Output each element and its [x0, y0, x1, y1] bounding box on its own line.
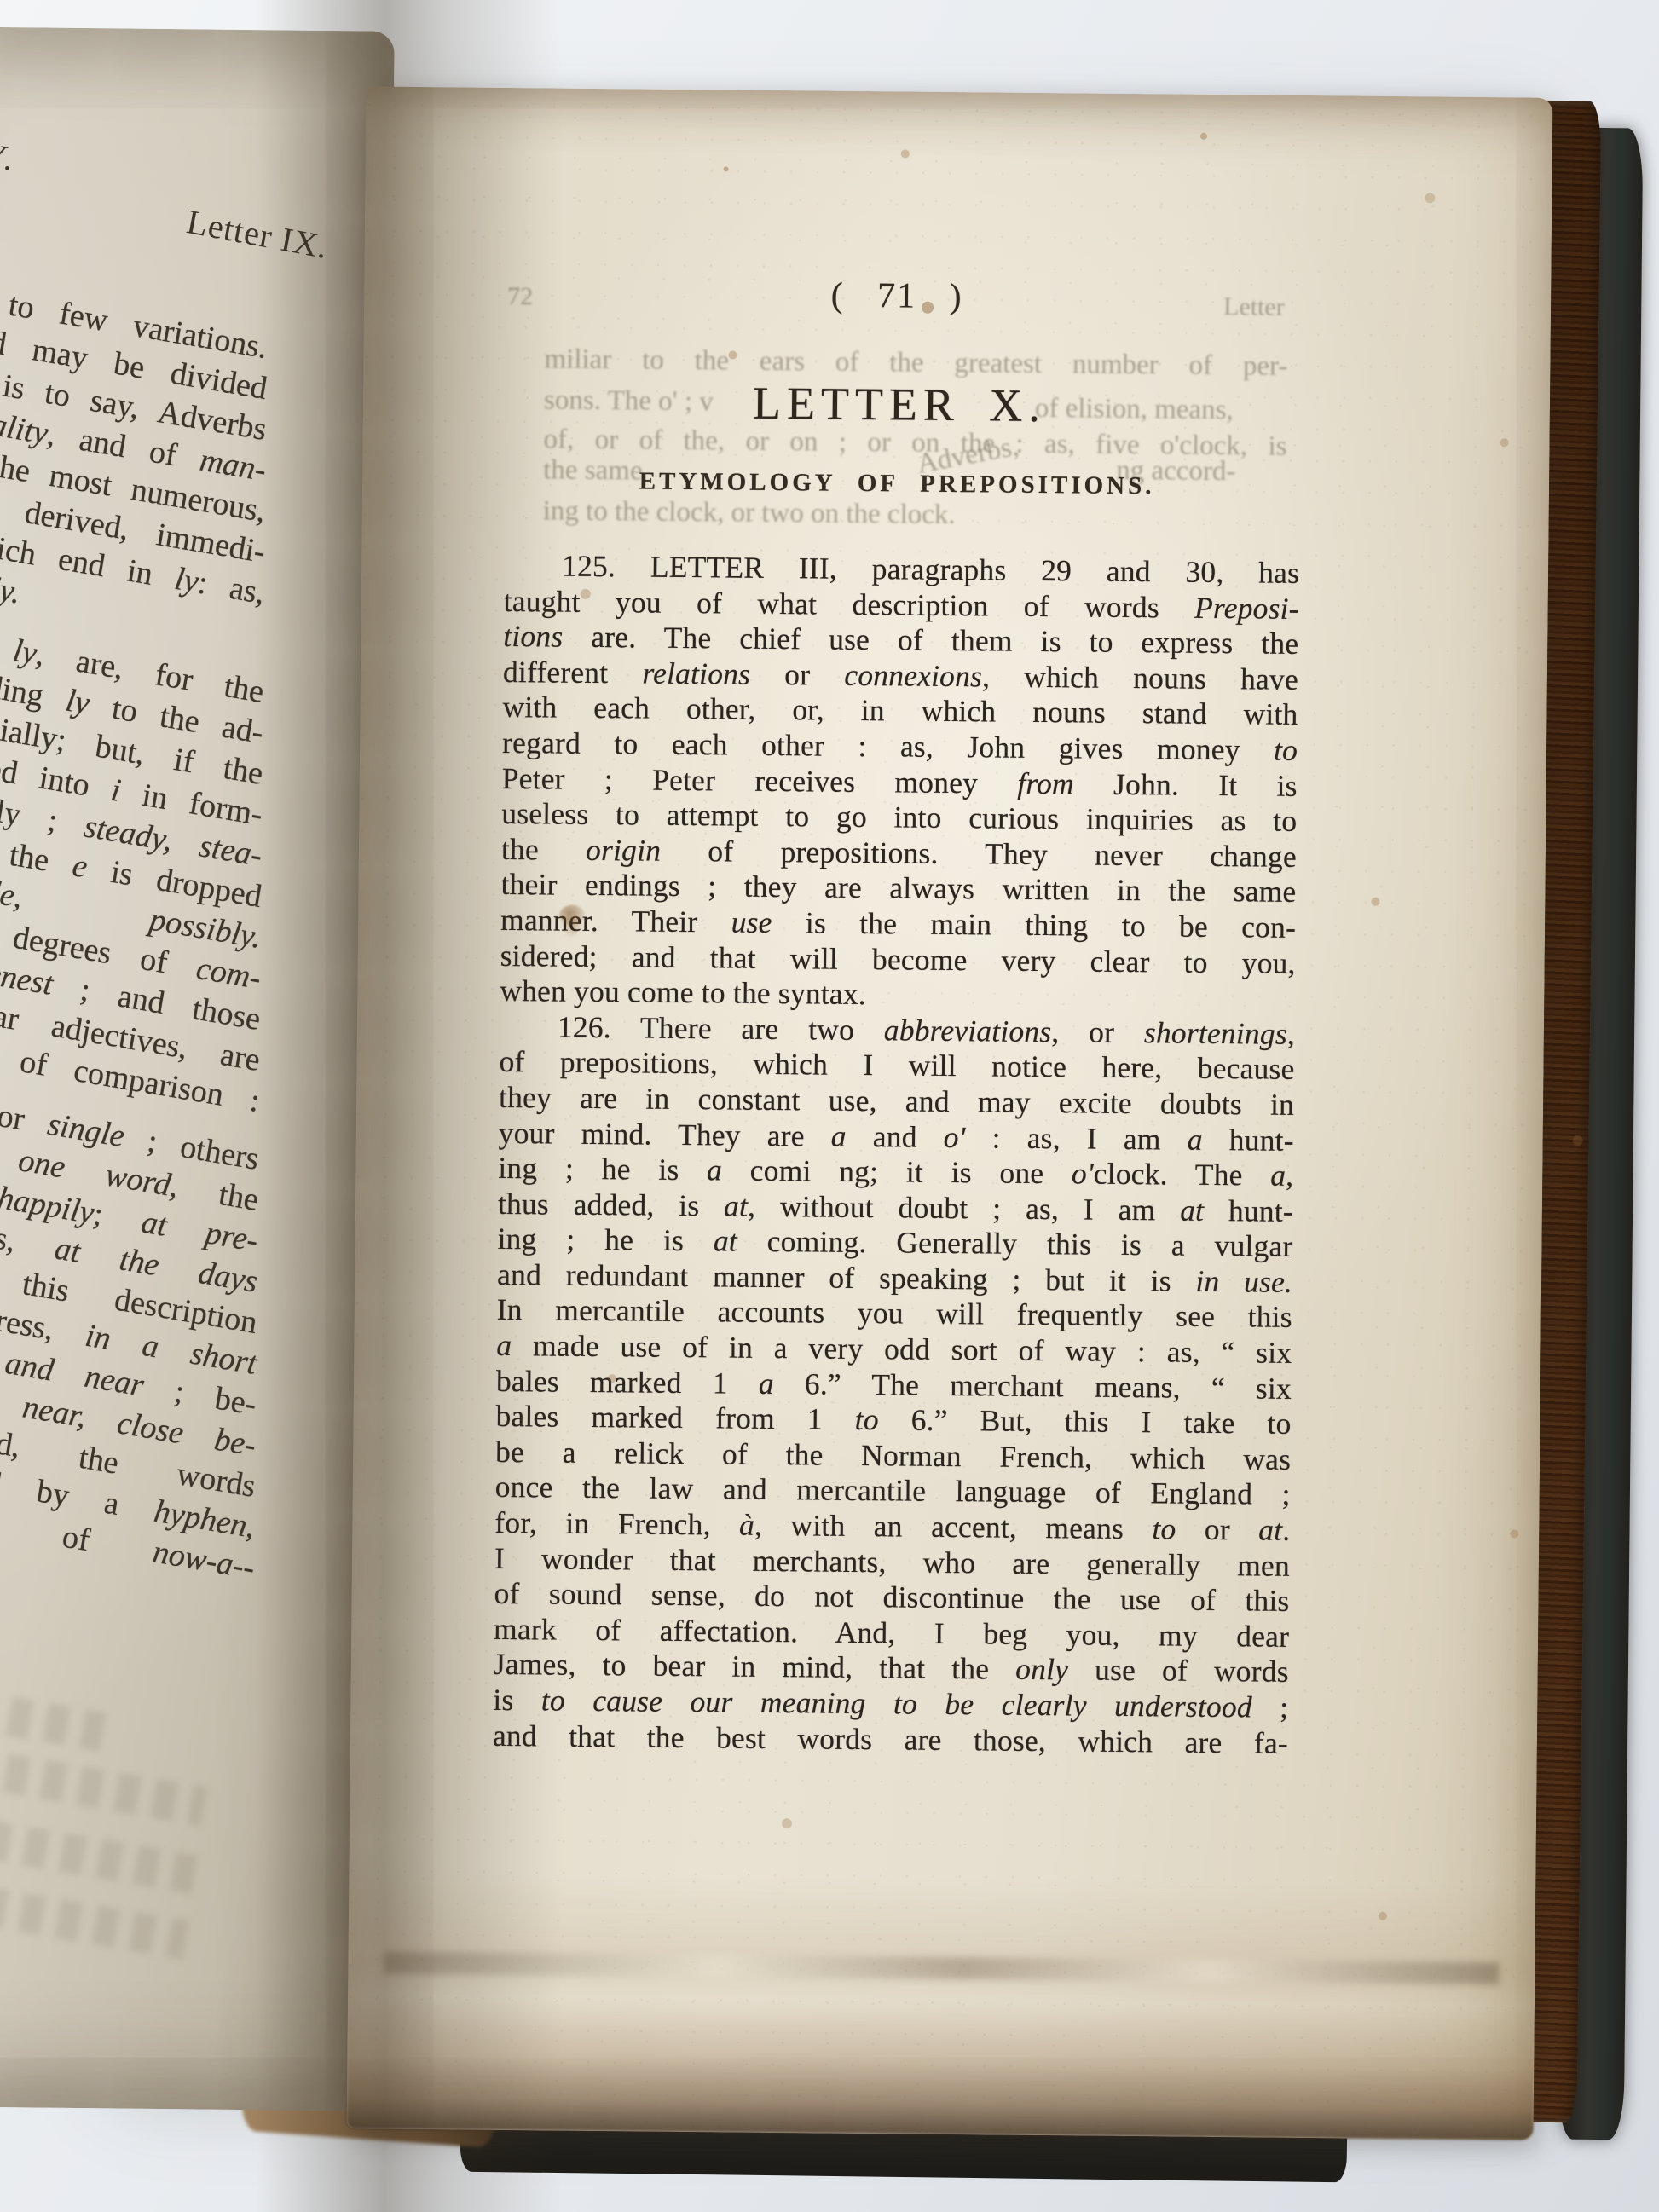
text-segment: different	[503, 655, 643, 690]
text-segment: and redundant manner of speaking ; but i…	[497, 1257, 1196, 1298]
body-text: 125. LETTER III, paragraphs 29 and 30, h…	[493, 548, 1300, 1761]
text-segment: when you come to the syntax.	[500, 973, 866, 1011]
text-segment: to cause our meaning to be clearly under…	[541, 1683, 1252, 1724]
text-segment: taught you of what description of words	[504, 584, 1195, 625]
text-segment: or	[1176, 1512, 1258, 1547]
text-segment: the	[501, 832, 587, 867]
right-page: 72Lettermiliar to the ears of the greate…	[347, 86, 1553, 2140]
text-segment: 125. LETTER III, paragraphs 29 and 30, h…	[562, 549, 1299, 590]
text-segment: to	[855, 1402, 879, 1436]
text-segment: e, or	[0, 1090, 51, 1141]
text-segment: a	[496, 1328, 512, 1362]
left-page: GY. Letter IX. le to few variations.and …	[0, 26, 395, 2111]
text-segment: ing ; he is	[498, 1151, 707, 1187]
ink-blot-stain	[559, 905, 585, 926]
text-segment: manner. Their	[500, 903, 731, 939]
text-segment: In mercantile accounts you will frequent…	[497, 1292, 1292, 1334]
text-segment: shortenings	[1144, 1015, 1287, 1051]
text-segment: tions	[503, 619, 563, 654]
text-segment: connexions	[844, 658, 982, 694]
foxing-spots	[724, 166, 729, 171]
text-segment: use of words	[1068, 1653, 1289, 1689]
text-segment: .	[1282, 1513, 1290, 1547]
text-segment: is	[493, 1683, 541, 1718]
text-segment: I wonder that merchants, who are general…	[494, 1541, 1290, 1583]
text-segment: 6.” The merchant means, “ six	[774, 1366, 1292, 1406]
text-segment: hunt-	[1204, 1193, 1293, 1228]
text-segment: a	[1270, 1158, 1286, 1193]
text-segment: thus added, is	[498, 1187, 725, 1223]
text-segment: o'	[1072, 1156, 1094, 1190]
text-segment: at	[714, 1224, 737, 1258]
text-segment: to	[1274, 733, 1298, 767]
text-segment: and that the best words are those, which…	[493, 1718, 1288, 1759]
text-segment: ,	[1286, 1158, 1293, 1193]
text-segment: made use of in a very odd sort of way : …	[512, 1328, 1292, 1370]
text-segment: are. The chief use of them is to express…	[563, 620, 1298, 661]
text-segment: : as, I am	[965, 1120, 1188, 1156]
text-segment: fully.	[0, 565, 23, 611]
text-segment: origin	[586, 833, 661, 868]
text-segment: is the main thing to be con-	[772, 905, 1296, 944]
text-segment: ing ; he is	[497, 1222, 714, 1257]
text-segment: o'	[944, 1119, 966, 1153]
text-segment: bales marked from 1	[495, 1399, 855, 1436]
text-segment: James, to bear in mind, that the	[494, 1647, 1016, 1686]
text-segment: 6.” But, this I take to	[879, 1402, 1292, 1441]
text-segment: , or	[1051, 1014, 1144, 1049]
text-segment: or	[750, 657, 845, 692]
left-ghost-smudge	[0, 1684, 106, 1752]
text-segment: clock. The	[1094, 1157, 1271, 1193]
text-segment: à	[739, 1508, 754, 1542]
text-segment: comi ng; it is one	[722, 1153, 1072, 1191]
text-segment: bales marked 1	[496, 1364, 759, 1401]
text-segment: , without doubt ; as, I am	[748, 1188, 1180, 1227]
ghost-text-line: ing to the clock, or two on the clock.	[543, 495, 956, 531]
text-segment: mark of affectation. And, I beg you, my …	[494, 1612, 1289, 1654]
text-segment: , with an accent, means	[754, 1508, 1153, 1545]
chapter-heading: LETTER X.	[363, 373, 1436, 436]
left-page-text: le to few variations.and may be divideda…	[0, 275, 278, 1540]
left-letter-heading: Letter IX.	[184, 201, 332, 267]
text-segment: coming. Generally this is a vulgar	[737, 1224, 1293, 1263]
text-segment: at	[1180, 1193, 1204, 1227]
text-segment: relations	[642, 656, 750, 690]
text-segment: Peter ; Peter receives money	[502, 761, 1018, 800]
text-segment: a	[831, 1118, 847, 1152]
text-segment: at	[724, 1188, 748, 1222]
text-segment: abbreviations	[884, 1013, 1052, 1048]
text-segment: hunt-	[1203, 1122, 1294, 1157]
text-segment: , which nouns have	[982, 659, 1298, 696]
text-segment: of prepositions. They never change	[661, 833, 1297, 873]
text-segment: they are in constant use, and may excite…	[499, 1080, 1294, 1122]
text-segment: your mind. They are	[499, 1115, 831, 1152]
left-ghost-smudge	[0, 1747, 207, 1826]
text-segment: with each other, or, in which nouns stan…	[502, 690, 1298, 731]
text-segment: John. It is	[1074, 766, 1298, 803]
book-photo: GY. Letter IX. le to few variations.and …	[0, 0, 1659, 2212]
text-segment: a	[1188, 1122, 1203, 1156]
text-segment: once the law and mercantile language of …	[495, 1470, 1291, 1511]
left-page-header: GY. Letter IX.	[0, 187, 315, 190]
left-running-header: GY.	[0, 130, 18, 179]
text-segment: to	[1152, 1511, 1176, 1545]
text-segment: from	[1017, 765, 1074, 800]
text-segment: and	[847, 1118, 944, 1153]
text-segment: ;	[1252, 1689, 1289, 1724]
text-segment: regard to each other : as, John gives mo…	[502, 725, 1274, 767]
text-segment: of prepositions, which I will notice her…	[499, 1044, 1294, 1086]
text-segment: 126. There are two	[558, 1009, 884, 1047]
text-segment: only	[1015, 1652, 1068, 1687]
left-ghost-smudge	[0, 1814, 206, 1895]
text-segment: a	[759, 1366, 774, 1401]
text-segment: be a relick of the Norman French, which …	[495, 1435, 1291, 1476]
text-segment: for, in French,	[494, 1505, 739, 1542]
text-segment: of sound sense, do not discontinue the u…	[494, 1576, 1289, 1618]
text-segment: at	[1258, 1513, 1282, 1547]
text-segment: Preposi-	[1194, 590, 1299, 625]
text-segment: a	[707, 1152, 722, 1187]
text-segment: in use.	[1195, 1264, 1292, 1299]
left-ghost-smudge	[0, 1886, 189, 1959]
text-segment: ;	[91, 1196, 145, 1239]
text-segment: useless to attempt to go into curious in…	[501, 796, 1297, 838]
text-segment: sidered; and that will become very clear…	[500, 938, 1296, 979]
text-segment: use	[731, 904, 772, 939]
text-segment: their endings ; they are always written …	[500, 867, 1296, 909]
text-segment: ,	[1287, 1017, 1295, 1051]
